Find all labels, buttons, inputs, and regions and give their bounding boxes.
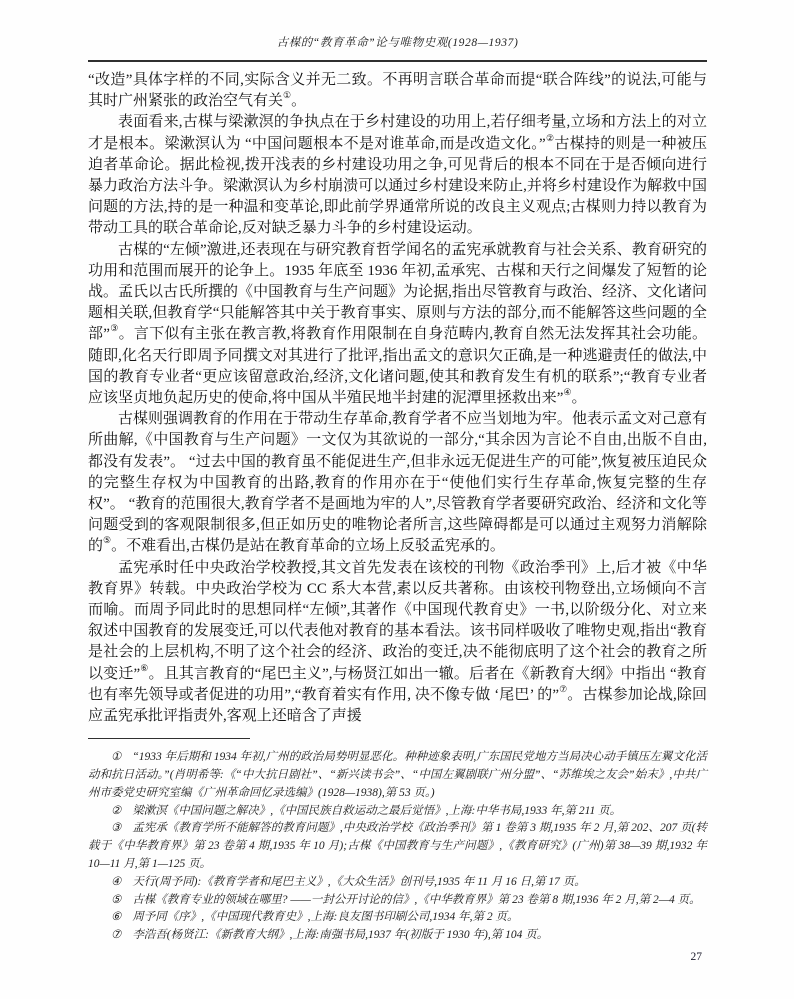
footnote-item: ②梁漱溟《中国问题之解决》,《中国民族自救运动之最后觉悟》,上海:中华书局,19… (88, 803, 707, 821)
footnote-text: “1933 年后期和 1934 年初,广州的政治局势明显恶化。种种迹象表明,广东… (88, 751, 707, 799)
footnote-item: ⑤古楳《教育专业的领域在哪里? ——一封公开讨论的信》,《中华教育界》第 23 … (88, 892, 707, 910)
footnote-ref: ⑥ (140, 663, 148, 673)
body-paragraph: 古楳的“左倾”激进,还表现在与研究教育哲学闻名的孟宪承就教育与社会关系、教育研究… (88, 240, 707, 410)
text-run: “改造”具体字样的不同,实际含义并无二致。不再明言联合革命而提“联合阵线”的说法… (88, 72, 707, 109)
footnote-item: ⑥周予同《序》,《中国现代教育史》,上海:良友图书印刷公司,1934 年,第 2… (88, 909, 707, 927)
footnote-ref: ② (546, 133, 555, 143)
footnote-text: 古楳《教育专业的领域在哪里? ——一封公开讨论的信》,《中华教育界》第 23 卷… (132, 894, 700, 906)
footnote-item: ①“1933 年后期和 1934 年初,广州的政治局势明显恶化。种种迹象表明,广… (88, 749, 707, 802)
text-run: 。不难看出,古楳仍是站在教育革命的立场上反驳孟宪承的。 (111, 538, 505, 554)
footnote-marker: ④ (111, 876, 121, 888)
footnote-marker: ① (111, 751, 121, 763)
footnote-item: ③孟宪承《教育学所不能解答的教育问题》,中央政治学校《政治季刊》第 1 卷第 3… (88, 820, 707, 873)
body-paragraph: “改造”具体字样的不同,实际含义并无二致。不再明言联合革命而提“联合阵线”的说法… (88, 70, 707, 112)
body-paragraph: 表面看来,古楳与梁漱溟的争执点在于乡村建设的功用上,若仔细考量,立场和方法上的对… (88, 112, 707, 239)
footnote-ref: ④ (563, 387, 571, 397)
text-run: 。言下似有主张在教言教,将教育作用限制在自身范畴内,教育自然无法发挥其社会功能。… (88, 326, 707, 406)
footnote-marker: ⑦ (111, 929, 121, 941)
footnote-ref: ⑤ (103, 535, 111, 545)
footnote-ref: ⑦ (559, 684, 567, 694)
footnote-text: 李浩吾(杨贤江:《新教育大纲》,上海:南强书局,1937 年(初版于 1930 … (132, 929, 548, 941)
book-page: 古楳的“教育革命”论与唯物史观(1928—1937) “改造”具体字样的不同,实… (0, 0, 794, 999)
text-run: 。 (572, 390, 587, 406)
text-run: 孟宪承时任中央政治学校教授,其文首先发表在该校的刊物《政治季刊》上,后才被《中华… (88, 560, 707, 682)
footnotes-section: ①“1933 年后期和 1934 年初,广州的政治局势明显恶化。种种迹象表明,广… (88, 749, 707, 945)
footnote-marker: ③ (111, 822, 121, 834)
footnote-marker: ② (111, 805, 121, 817)
page-number: 27 (691, 951, 703, 963)
footnote-marker: ⑥ (111, 911, 121, 923)
footnote-item: ⑦李浩吾(杨贤江:《新教育大纲》,上海:南强书局,1937 年(初版于 1930… (88, 927, 707, 945)
footnote-text: 孟宪承《教育学所不能解答的教育问题》,中央政治学校《政治季刊》第 1 卷第 3 … (88, 822, 707, 870)
footnote-separator-rule (88, 738, 250, 739)
footnote-text: 天行(周予同):《教育学者和尾巴主义》,《大众生活》创刊号,1935 年 11 … (132, 876, 585, 888)
body-text: “改造”具体字样的不同,实际含义并无二致。不再明言联合革命而提“联合阵线”的说法… (88, 70, 707, 727)
footnote-item: ④天行(周予同):《教育学者和尾巴主义》,《大众生活》创刊号,1935 年 11… (88, 874, 707, 892)
running-head-title: 古楳的“教育革命”论与唯物史观(1928—1937) (88, 34, 707, 50)
footnote-text: 周予同《序》,《中国现代教育史》,上海:良友图书印刷公司,1934 年,第 2 … (132, 911, 518, 923)
text-run: 。 (291, 93, 306, 109)
footnote-ref: ① (283, 90, 291, 100)
footnote-ref: ③ (110, 323, 119, 333)
footnote-marker: ⑤ (111, 894, 121, 906)
footnote-text: 梁漱溟《中国问题之解决》,《中国民族自救运动之最后觉悟》,上海:中华书局,193… (132, 805, 621, 817)
body-paragraph: 孟宪承时任中央政治学校教授,其文首先发表在该校的刊物《政治季刊》上,后才被《中华… (88, 558, 707, 728)
header-rule (88, 60, 707, 62)
body-paragraph: 古楳则强调教育的作用在于带动生存革命,教育学者不应当划地为牢。他表示孟文对己意有… (88, 409, 707, 557)
text-run: 古楳则强调教育的作用在于带动生存革命,教育学者不应当划地为牢。他表示孟文对己意有… (88, 411, 707, 554)
